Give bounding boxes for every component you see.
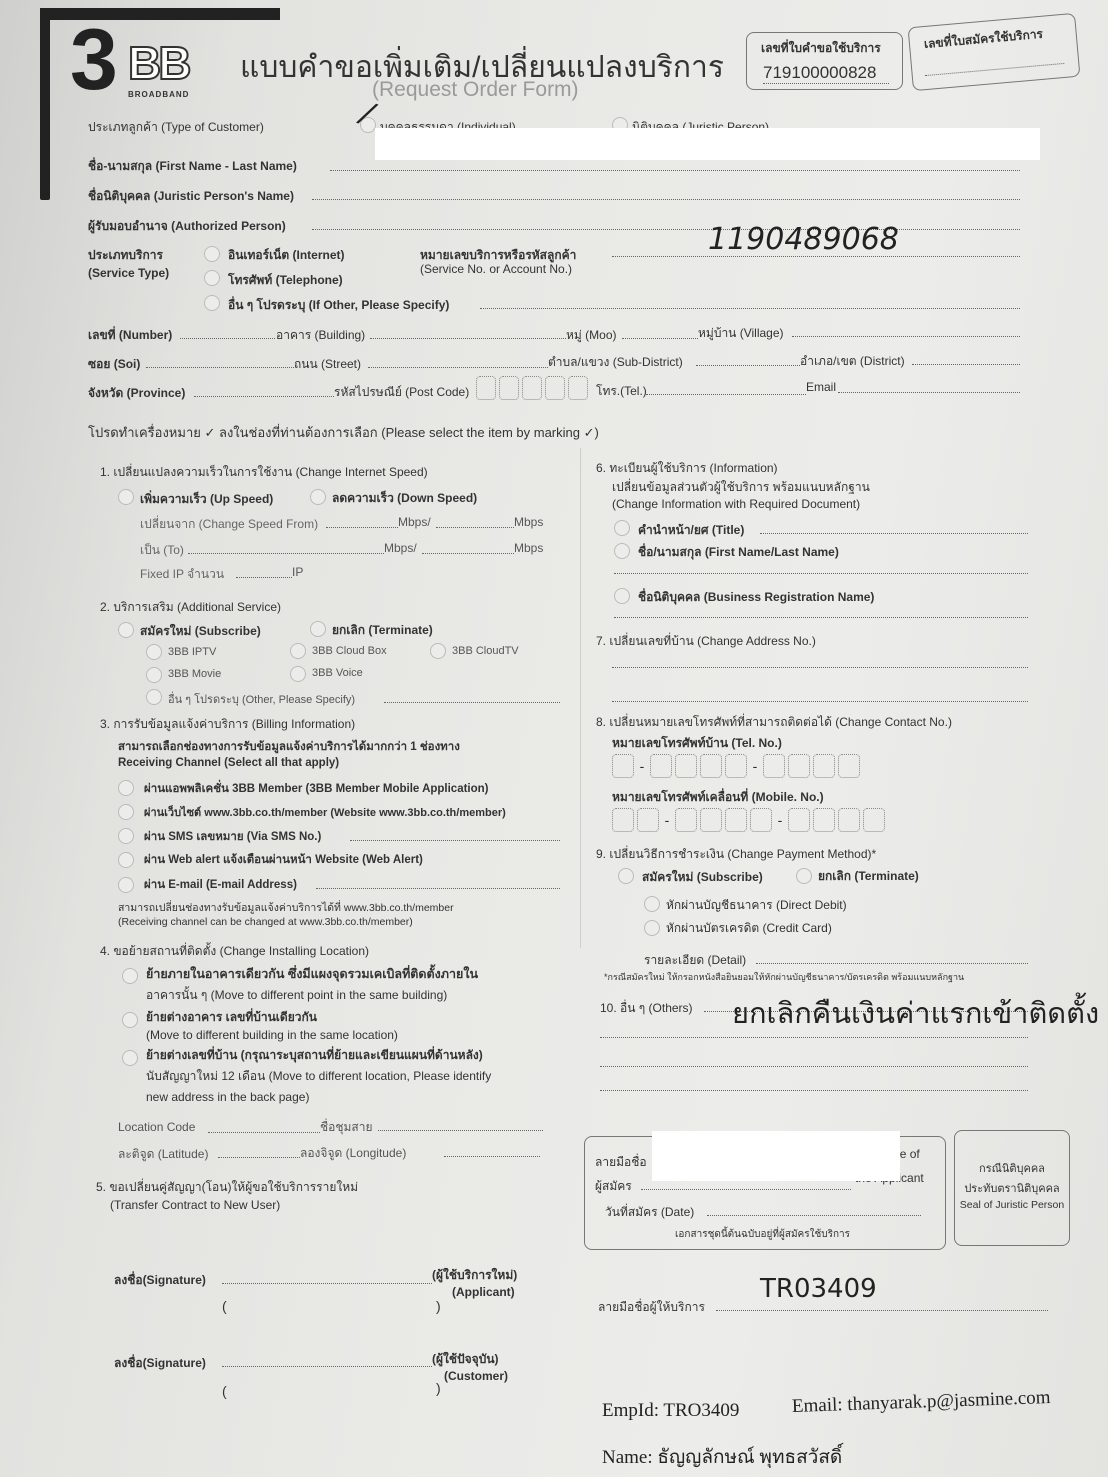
move-same-building-en: อาคารนั้น ๆ (Move to different point in … [146,986,447,1005]
provider-signature-label: ลายมือชื่อผู้ให้บริการ [598,1298,705,1317]
checkbox-billing-app[interactable] [118,780,134,796]
service-no-value: 1190489068 [708,222,899,257]
payment-terminate-label: ยกเลิก (Terminate) [818,867,919,886]
tel-label: โทร.(Tel.) [596,382,647,401]
seal-label-en: Seal of Juristic Person [955,1199,1069,1211]
application-no-box: เลขที่ใบสมัครใช้บริการ [908,13,1081,91]
service-other-field[interactable] [480,308,1020,309]
option-3bb-voice: 3BB Voice [312,667,363,679]
option-3bb-movie: 3BB Movie [168,668,221,680]
paren-open: ( [222,1298,227,1314]
additional-subscribe-label: สมัครใหม่ (Subscribe) [140,622,261,641]
payment-note: *กรณีสมัครใหม่ ให้กรอกหนังสือยินยอมให้หั… [604,970,964,984]
address-village-label: หมู่บ้าน (Village) [698,324,784,343]
speed-from-field-2[interactable] [436,527,514,528]
section-6-subtitle-en: (Change Information with Required Docume… [612,497,860,511]
payment-subscribe-label: สมัครใหม่ (Subscribe) [642,868,763,887]
radio-change-title[interactable] [614,520,630,536]
juristic-name-label: ชื่อนิติบุคคล (Juristic Person's Name) [88,187,294,206]
service-type-label-th: ประเภทบริการ [88,246,163,265]
fixed-ip-label: Fixed IP จำนวน [140,565,224,584]
payment-detail-field[interactable] [756,963,1028,964]
option-3bb-iptv: 3BB IPTV [168,646,216,658]
billing-channel-email: ผ่าน E-mail (E-mail Address) [144,876,297,894]
logo-3: 3 [70,25,114,95]
address-soi-label: ซอย (Soi) [88,355,140,374]
radio-3bb-iptv[interactable] [146,644,162,660]
logo-subtitle: BROADBAND [128,90,189,99]
speed-from-field-1[interactable] [326,527,398,528]
billing-sms-field[interactable] [350,840,560,841]
direct-debit-label: หักผ่านบัญชีธนาคาร (Direct Debit) [666,896,847,915]
change-name-field[interactable] [614,573,1028,574]
move-same-building-th: ย้ายภายในอาคารเดียวกัน ซึ่งมีแผงจุดรวมเค… [146,964,478,984]
customer-role-en: (Customer) [444,1369,508,1383]
post-code-label: รหัสไปรษณีย์ (Post Code) [334,383,469,402]
authorized-person-label: ผู้รับมอบอำนาจ (Authorized Person) [88,217,286,236]
service-type-label-en: (Service Type) [88,266,169,280]
change-name-label: ชื่อ/นามสกุล (First Name/Last Name) [638,543,839,562]
request-no-label: เลขที่ใบคำขอใช้บริการ [761,39,881,58]
tel-field[interactable] [646,394,806,395]
billing-note-en: Receiving Channel (Select all that apply… [118,757,339,769]
radio-change-business-name[interactable] [614,588,630,604]
latitude-field[interactable] [218,1157,300,1158]
logo-bb: BB [128,40,188,86]
service-type-other: อื่น ๆ โปรดระบุ (If Other, Please Specif… [228,296,449,315]
radio-additional-terminate[interactable] [310,621,326,637]
checkbox-billing-sms[interactable] [118,828,134,844]
change-speed-from-label: เปลี่ยนจาก (Change Speed From) [140,515,318,534]
radio-up-speed[interactable] [118,489,134,505]
option-3bb-cloudtv: 3BB CloudTV [452,645,519,657]
address-number-field[interactable] [180,338,275,339]
cable-name-label: ชื่อชุมสาย [320,1118,373,1137]
employee-name: Name: ธัญญลักษณ์ พุทธสวัสดิ์ [602,1442,842,1472]
mobile-no-boxes[interactable]: -- [612,808,888,832]
request-no-box: เลขที่ใบคำขอใช้บริการ 719100000828 [746,32,903,90]
address-subdistrict-label: ตำบล/แขวง (Sub-District) [548,353,683,372]
section-4-title: 4. ขอย้ายสถานที่ติดตั้ง (Change Installi… [100,942,369,961]
additional-terminate-label: ยกเลิก (Terminate) [332,621,433,640]
address-street-field[interactable] [368,367,548,368]
customer-type-label: ประเภทลูกค้า (Type of Customer) [88,118,264,137]
others-field-3[interactable] [600,1066,1028,1067]
radio-direct-debit[interactable] [644,896,660,912]
applicant-sig-label: ลายมือชื่อ [595,1153,647,1172]
change-address-field-1[interactable] [612,667,1028,668]
customer-signature-field[interactable] [222,1366,432,1367]
column-divider [580,448,582,948]
customer-role-th: (ผู้ใช้ปัจจุบัน) [432,1350,499,1369]
applicant-role-th: (ผู้ใช้บริการใหม่) [432,1266,517,1285]
billing-channel-web-alert: ผ่าน Web alert แจ้งเตือนผ่านหน้า Website… [144,851,423,869]
juristic-name-field[interactable] [312,199,1020,200]
billing-email-field[interactable] [316,888,560,889]
radio-additional-other[interactable] [146,689,162,705]
provider-signature-field[interactable] [716,1310,1048,1311]
section-6-title: 6. ทะเบียนผู้ใช้บริการ (Information) [596,459,778,478]
section-1-title: 1. เปลี่ยนแปลงความเร็วในการใช้งาน (Chang… [100,463,428,482]
section-6-subtitle-th: เปลี่ยนข้อมูลส่วนตัวผู้ใช้บริการ พร้อมแน… [612,478,870,497]
address-subdistrict-field[interactable] [696,365,800,366]
first-last-name-field[interactable] [330,170,1020,171]
move-different-building-th: ย้ายต่างอาคาร เลขที่บ้านเดียวกัน [146,1008,317,1027]
ip-label: IP [292,565,303,579]
service-no-label-en: (Service No. or Account No.) [420,262,572,276]
section-7-title: 7. เปลี่ยนเลขที่บ้าน (Change Address No.… [596,632,816,651]
section-2-title: 2. บริการเสริม (Additional Service) [100,598,281,617]
down-speed-label: ลดความเร็ว (Down Speed) [332,489,477,508]
post-code-boxes[interactable] [476,376,591,400]
paren-close: ) [436,1298,441,1314]
address-number-label: เลขที่ (Number) [88,326,172,345]
mbps-label: Mbps [514,541,543,555]
tel-no-boxes[interactable]: -- [612,754,863,778]
applicant-sig-field[interactable] [641,1189,851,1190]
tel-no-label: หมายเลขโทรศัพท์บ้าน (Tel. No.) [612,734,782,753]
service-type-internet: อินเทอร์เน็ต (Internet) [228,246,345,265]
applicant-signature-label: ลงชื่อ(Signature) [114,1271,206,1290]
application-no-label: เลขที่ใบสมัครใช้บริการ [923,25,1043,54]
radio-service-internet[interactable] [204,246,220,262]
up-speed-label: เพิ่มความเร็ว (Up Speed) [140,490,273,509]
cable-name-field[interactable] [378,1130,543,1131]
address-province-field[interactable] [194,396,334,397]
section-5-title: 5. ขอเปลี่ยนคู่สัญญา(โอน)ให้ผู้ขอใช้บริก… [96,1178,358,1197]
service-type-telephone: โทรศัพท์ (Telephone) [228,271,343,290]
instruction-text: โปรดทำเครื่องหมาย ✓ ลงในช่องที่ท่านต้องก… [88,422,599,443]
radio-3bb-voice[interactable] [290,666,306,682]
address-village-field[interactable] [792,336,1020,337]
mbps-label: Mbps [514,515,543,529]
radio-change-name[interactable] [614,543,630,559]
radio-additional-subscribe[interactable] [118,622,134,638]
radio-service-other[interactable] [204,295,220,311]
latitude-label: ละติจูด (Latitude) [118,1145,208,1164]
applicant-role-en: (Applicant) [452,1285,515,1299]
option-3bb-cloud-box: 3BB Cloud Box [312,645,387,657]
billing-footer-th: สามารถเปลี่ยนช่องทางรับข้อมูลแจ้งค่าบริก… [118,899,454,916]
seal-label-th-1: กรณีนิติบุคคล [955,1159,1069,1177]
radio-service-telephone[interactable] [204,270,220,286]
authorized-person-field[interactable] [312,229,1020,230]
redacted-area [375,128,1040,160]
radio-payment-subscribe[interactable] [618,868,634,884]
form-title-en: (Request Order Form) [372,78,579,102]
speed-to-field-1[interactable] [188,553,384,554]
move-different-location-th: ย้ายต่างเลขที่บ้าน (กรุณาระบุสถานที่ย้าย… [146,1046,483,1065]
change-business-name-field[interactable] [614,617,1028,618]
billing-footer-en: (Receiving channel can be changed at www… [118,916,413,928]
move-different-building-en: (Move to different building in the same … [146,1028,398,1042]
corner-bracket-decoration [40,8,50,200]
billing-channel-app: ผ่านแอพพลิเคชั่น 3BB Member (3BB Member … [144,780,489,798]
section-9-title: 9. เปลี่ยนวิธีการชำระเงิน (Change Paymen… [596,845,876,864]
billing-note-th: สามารถเลือกช่องทางการรับข้อมูลแจ้งค่าบริ… [118,738,460,756]
radio-move-different-location[interactable] [122,1050,138,1071]
request-no-value[interactable]: 719100000828 [763,63,889,84]
others-field-2[interactable] [600,1037,1028,1038]
address-building-field[interactable] [370,338,566,339]
paren-open: ( [222,1383,227,1399]
email-label: Email [806,380,836,394]
seal-label-th-2: ประทับตรานิติบุคคล [955,1179,1069,1197]
mbps-label: Mbps/ [384,541,417,555]
section-3-title: 3. การรับข้อมูลแจ้งค่าบริการ (Billing In… [100,715,355,734]
date-label: วันที่สมัคร (Date) [605,1203,694,1222]
longitude-field[interactable] [444,1156,540,1157]
others-value: ยกเลิกคืนเงินค่าแรกเข้าติดตั้ง [732,990,1099,1036]
radio-payment-terminate[interactable] [796,868,812,884]
location-code-label: Location Code [118,1120,195,1134]
address-soi-field[interactable] [146,367,294,368]
customer-signature-label: ลงชื่อ(Signature) [114,1354,206,1373]
checkbox-billing-web-alert[interactable] [118,852,134,868]
address-district-field[interactable] [912,364,1020,365]
change-title-label: คำนำหน้า/ยศ (Title) [638,521,744,540]
employee-id: EmpId: TRO3409 [602,1400,739,1422]
application-no-field[interactable] [925,63,1065,76]
radio-down-speed[interactable] [310,489,326,505]
location-code-field[interactable] [208,1132,320,1133]
email-field[interactable] [838,392,1020,393]
credit-card-label: หักผ่านบัตรเครดิต (Credit Card) [666,919,832,938]
employee-email: Email: thanyarak.p@jasmine.com [792,1387,1051,1418]
address-district-label: อำเภอ/เขต (District) [800,352,905,371]
mbps-label: Mbps/ [398,515,431,529]
address-moo-label: หมู่ (Moo) [566,326,617,345]
move-different-location-en-2: new address in the back page) [146,1090,309,1104]
change-title-field[interactable] [760,533,1028,534]
applicant-signature-field[interactable] [222,1283,432,1284]
address-province-label: จังหวัด (Province) [88,384,185,403]
radio-3bb-cloud-box[interactable] [290,643,306,659]
address-building-label: อาคาร (Building) [276,326,365,345]
paren-close: ) [436,1380,441,1396]
radio-move-different-building[interactable] [122,1012,138,1028]
address-street-label: ถนน (Street) [294,355,361,374]
fixed-ip-field[interactable] [236,577,292,578]
move-different-location-en: นับสัญญาใหม่ 12 เดือน (Move to different… [146,1067,491,1086]
section-5-subtitle: (Transfer Contract to New User) [110,1198,280,1212]
section-10-title: 10. อื่น ๆ (Others) [600,999,693,1018]
address-moo-field[interactable] [622,338,698,339]
additional-other-label: อื่น ๆ โปรดระบุ (Other, Please Specify) [168,690,355,708]
radio-3bb-movie[interactable] [146,667,162,683]
others-field-4[interactable] [600,1090,1028,1091]
radio-credit-card[interactable] [644,920,660,936]
seal-box: กรณีนิติบุคคล ประทับตรานิติบุคคล Seal of… [954,1130,1070,1246]
redacted-area [652,1131,900,1181]
section-8-title: 8. เปลี่ยนหมายเลขโทรศัพท์ที่สามารถติดต่อ… [596,713,952,732]
payment-detail-label: รายละเอียด (Detail) [644,951,746,970]
billing-channel-website: ผ่านเว็บไซต์ www.3bb.co.th/member (Websi… [144,803,506,821]
billing-channel-sms: ผ่าน SMS เลขหมาย (Via SMS No.) [144,828,321,846]
checkbox-billing-website[interactable] [118,804,134,820]
change-speed-to-label: เป็น (To) [140,541,184,560]
checkbox-billing-email[interactable] [118,877,134,893]
additional-other-field[interactable] [384,702,560,703]
provider-signature-value: TR03409 [760,1274,877,1304]
document-note: เอกสารชุดนี้ต้นฉบับอยู่ที่ผู้สมัครใช้บริ… [675,1227,850,1242]
change-business-name-label: ชื่อนิติบุคคล (Business Registration Nam… [638,588,874,607]
date-field[interactable] [707,1215,921,1216]
longitude-label: ลองจิจูด (Longitude) [300,1144,406,1163]
first-last-name-label: ชื่อ-นามสกุล (First Name - Last Name) [88,157,297,176]
mobile-no-label: หมายเลขโทรศัพท์เคลื่อนที่ (Mobile. No.) [612,788,824,807]
radio-move-same-building[interactable] [122,968,138,984]
radio-3bb-cloudtv[interactable] [430,643,446,659]
change-address-field-2[interactable] [612,701,1028,702]
applicant-label: ผู้สมัคร [595,1177,632,1196]
speed-to-field-2[interactable] [422,553,514,554]
